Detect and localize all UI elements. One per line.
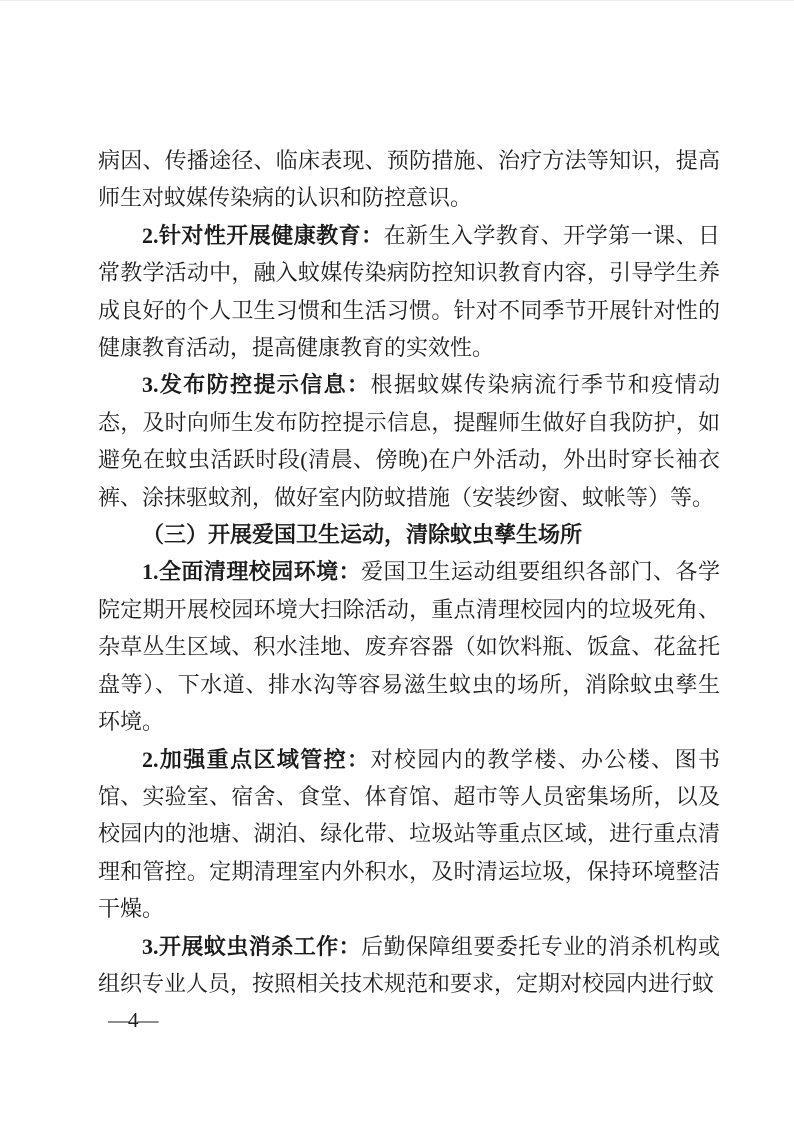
- paragraph-health-education: 2.针对性开展健康教育：在新生入学教育、开学第一课、日常教学活动中，融入蚊媒传染…: [98, 217, 720, 367]
- paragraph-text: 病因、传播途径、临床表现、预防措施、治疗方法等知识，提高师生对蚊媒传染病的认识和…: [98, 148, 720, 210]
- paragraph-label: 2.加强重点区域管控：: [142, 747, 370, 772]
- document-page: 病因、传播途径、临床表现、预防措施、治疗方法等知识，提高师生对蚊媒传染病的认识和…: [0, 0, 794, 1122]
- paragraph-extermination: 3.开展蚊虫消杀工作：后勤保障组要委托专业的消杀机构或组织专业人员，按照相关技术…: [98, 928, 720, 1003]
- page-number: —4—: [108, 1005, 158, 1035]
- paragraph-key-areas: 2.加强重点区域管控：对校园内的教学楼、办公楼、图书馆、实验室、宿舍、食堂、体育…: [98, 741, 720, 928]
- scan-edge-line: [0, 0, 794, 1]
- paragraph-label: 3.发布防控提示信息：: [142, 372, 370, 397]
- document-body: 病因、传播途径、临床表现、预防措施、治疗方法等知识，提高师生对蚊媒传染病的认识和…: [98, 142, 720, 1002]
- paragraph-label: 1.全面清理校园环境：: [142, 559, 361, 584]
- paragraph-text: 爱国卫生运动组要组织各部门、各学院定期开展校园环境大扫除活动，重点清理校园内的垃…: [98, 559, 720, 734]
- section-heading: （三）开展爱国卫生运动，清除蚊虫孳生场所: [98, 516, 720, 553]
- paragraph-prevention-alerts: 3.发布防控提示信息：根据蚊媒传染病流行季节和疫情动态，及时向师生发布防控提示信…: [98, 366, 720, 516]
- paragraph-text: 对校园内的教学楼、办公楼、图书馆、实验室、宿舍、食堂、体育馆、超市等人员密集场所…: [98, 747, 720, 922]
- paragraph-label: 2.针对性开展健康教育：: [142, 223, 384, 248]
- paragraph-continuation: 病因、传播途径、临床表现、预防措施、治疗方法等知识，提高师生对蚊媒传染病的认识和…: [98, 142, 720, 217]
- paragraph-campus-cleanup: 1.全面清理校园环境：爱国卫生运动组要组织各部门、各学院定期开展校园环境大扫除活…: [98, 553, 720, 740]
- section-heading-text: （三）开展爱国卫生运动，清除蚊虫孳生场所: [142, 522, 582, 547]
- paragraph-label: 3.开展蚊虫消杀工作：: [142, 934, 361, 959]
